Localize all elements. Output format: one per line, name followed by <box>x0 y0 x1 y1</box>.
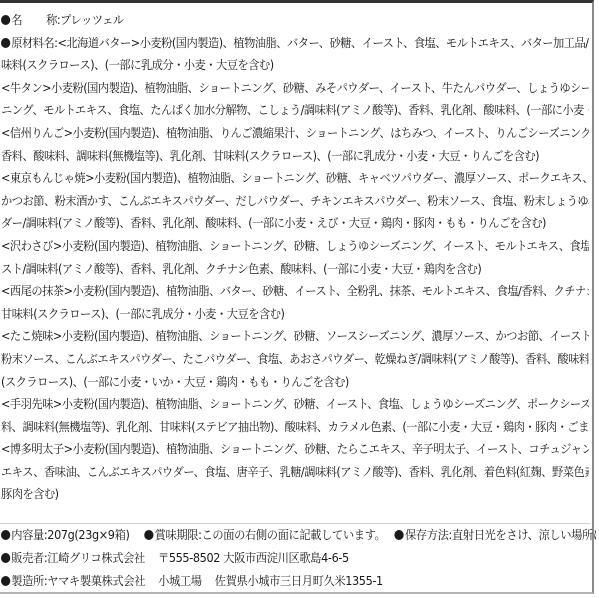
bullet-icon <box>1 553 10 563</box>
contents-row: 内容量:207g(23g×9箱)賞味期限:この面の右側の面に記載しています。保存… <box>1 524 596 547</box>
ingredient-line: <東京もんじゃ焼>小麦粉(国内製造)、植物油脂、ショートニング、砂糖、キャベツパ… <box>1 167 589 190</box>
name-label-2: 称 <box>46 13 57 27</box>
ingredient-line: <牛タン>小麦粉(国内製造)、植物油脂、ショートニング、砂糖、みそパウダー、イー… <box>1 77 589 100</box>
ingredient-line: <手羽先味>小麦粉(国内製造)、植物油脂、ショートニング、砂糖、イースト、食塩、… <box>1 393 589 416</box>
ingredient-line: (スクラロース)、(一部に小麦・いか・大豆・鶏肉・もも・りんごを含む) <box>1 371 589 394</box>
bullet-icon <box>144 530 153 540</box>
bullet-icon <box>1 38 10 48</box>
best-before-value: この面の右側の面に記載しています。 <box>202 528 386 542</box>
ingredient-line: <沢わさび>小麦粉(国内製造)、植物油脂、ショートニング、砂糖、しょうゆシーズニ… <box>1 235 589 258</box>
product-info-section: 内容量:207g(23g×9箱)賞味期限:この面の右側の面に記載しています。保存… <box>1 524 596 592</box>
ingredient-line: 原材料名:<北海道バター>小麦粉(国内製造)、植物油脂、バター、砂糖、イースト、… <box>1 32 589 55</box>
ingredient-line: エキス、香味油、こんぶエキスパウダー、食塩、唐辛子、乳糖/調味料(アミノ酸等)、… <box>1 461 589 484</box>
contents-label: 内容量: <box>11 528 47 542</box>
maker-factory: 小城工場 <box>158 574 202 588</box>
ingredients-section: 名称:プレッツェル 原材料名:<北海道バター>小麦粉(国内製造)、植物油脂、バタ… <box>1 9 589 506</box>
ingredient-line: 味料(スクラロース)、(一部に乳成分・小麦・大豆を含む) <box>1 54 589 77</box>
ingredient-line: ダー/調味料(アミノ酸等)、香料、乳化剤、酸味料、(一部に小麦・えび・大豆・鶏肉… <box>1 212 589 235</box>
seller-name: 江崎グリコ株式会社 <box>47 551 145 565</box>
storage-label: 保存方法: <box>405 528 452 542</box>
ingredient-line: 豚肉を含む) <box>1 483 589 506</box>
ingredient-line: 香料、酸味料、調味料(無機塩等)、乳化剤、甘味料(スクラロース)、(一部に乳成分… <box>1 145 589 168</box>
best-before-label: 賞味期限: <box>155 528 202 542</box>
bullet-icon <box>1 530 10 540</box>
ingredient-line: <博多明太子>小麦粉(国内製造)、植物油脂、ショートニング、砂糖、たらこエキス、… <box>1 438 589 461</box>
seller-address: 〒555-8502 大阪市西淀川区歌島4-6-5 <box>158 551 349 565</box>
maker-row: 製造所:ヤマキ製菓株式会社小城工場佐賀県小城市三日月町久米1355-1 <box>1 570 596 593</box>
food-label-panel: 名称:プレッツェル 原材料名:<北海道バター>小麦粉(国内製造)、植物油脂、バタ… <box>0 0 594 594</box>
ingredient-line: <たこ焼味>小麦粉(国内製造)、植物油脂、ショートニング、砂糖、ソースシーズニン… <box>1 325 589 348</box>
ingredients-label: 原材料名: <box>11 36 57 50</box>
ingredient-line: スト/調味料(アミノ酸等)、香料、乳化剤、クチナシ色素、酸味料、(一部に小麦・大… <box>1 258 589 281</box>
maker-address: 佐賀県小城市三日月町久米1355-1 <box>215 574 383 588</box>
ingredient-line: ニング、モルトエキス、食塩、たんぱく加水分解物、こしょう/調味料(アミノ酸等)、… <box>1 99 589 122</box>
seller-row: 販売者:江崎グリコ株式会社〒555-8502 大阪市西淀川区歌島4-6-5 <box>1 547 596 570</box>
name-label-1: 名 <box>11 13 22 27</box>
product-name-row: 名称:プレッツェル <box>1 9 589 32</box>
storage-value: 直射日光をさけ、涼しい場所に保存してください。 <box>452 528 596 542</box>
ingredient-line: 料、調味料(無機塩等)、乳化剤、甘味料(ステビア抽出物)、酸味料、カラメル色素、… <box>1 416 589 439</box>
bullet-icon <box>1 576 10 586</box>
ingredient-line: <西尾の抹茶>小麦粉(国内製造)、植物油脂、バター、砂糖、イースト、全粉乳、抹茶… <box>1 280 589 303</box>
bullet-icon <box>395 530 404 540</box>
product-name: プレッツェル <box>60 13 123 27</box>
seller-label: 販売者: <box>11 551 47 565</box>
ingredient-line: かつお節、粉末酒かす、こんぶエキスパウダー、だしパウダー、チキンエキスパウダー、… <box>1 190 589 213</box>
maker-label: 製造所: <box>11 574 47 588</box>
maker-name: ヤマキ製菓株式会社 <box>47 574 145 588</box>
bullet-icon <box>1 15 10 25</box>
ingredient-line: 甘味料(スクラロース)、(一部に乳成分・小麦・大豆を含む) <box>1 303 589 326</box>
ingredient-line: 粉末ソース、こんぶエキスパウダー、たこパウダー、食塩、あおさパウダー、乾燥ねぎ/… <box>1 348 589 371</box>
contents-value: 207g(23g×9箱) <box>47 528 129 542</box>
ingredient-line: <信州りんご>小麦粉(国内製造)、植物油脂、りんご濃縮果汁、ショートニング、はち… <box>1 122 589 145</box>
